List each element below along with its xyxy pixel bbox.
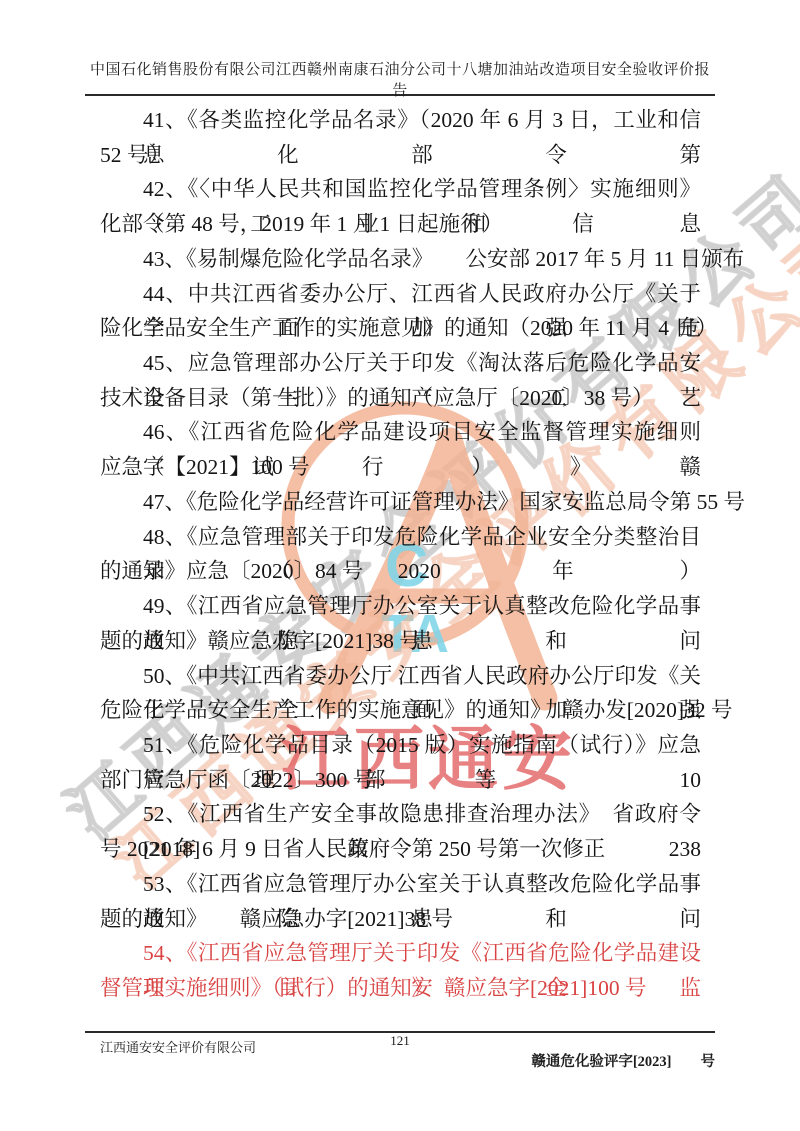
body-line: 49、《江西省应急管理厅办公室关于认真整改危险化学品事故隐患和问 [100, 589, 701, 624]
page-header: 中国石化销售股份有限公司江西赣州南康石油分公司十八塘加油站改造项目安全验收评价报… [85, 58, 715, 96]
body-line: 43、《易制爆危险化学品名录》 公安部 2017 年 5 月 11 日颁布 [100, 242, 701, 277]
body-line: 42、《〈中华人民共和国监控化学品管理条例〉实施细则》（工业和信息 [100, 172, 701, 207]
body-line: 技术设备目录（第一批）》的通知（应急厅〔2020〕38 号） [100, 381, 701, 416]
body-line: 督管理实施细则》（试行）的通知》 赣应急字[2021]100 号 [100, 971, 701, 1006]
body-line: 45、应急管理部办公厅关于印发《淘汰落后危险化学品安全生产工艺 [100, 346, 701, 381]
report-title: 中国石化销售股份有限公司江西赣州南康石油分公司十八塘加油站改造项目安全验收评价报… [90, 62, 710, 99]
body-line: 41、《各类监控化学品名录》（2020 年 6 月 3 日，工业和信息化部令第 [100, 103, 701, 138]
body-line: 54、《江西省应急管理厅关于印发《江西省危险化学品建设项目安全监 [100, 936, 701, 971]
body-line: 危险化学品安全生产工作的实施意见》的通知》 赣办发[2020]32 号 [100, 693, 701, 728]
body-lines: 41、《各类监控化学品名录》（2020 年 6 月 3 日，工业和信息化部令第5… [100, 103, 701, 1006]
body-line: 46、《江西省危险化学品建设项目安全监督管理实施细则（试行）》赣 [100, 415, 701, 450]
body-line: 48、《应急管理部关于印发危险化学品企业安全分类整治目录（2020 年） [100, 520, 701, 555]
document-page: 江西通安安全评价有限公司 C TA 江西通安安全评价有限公司 江西通安 中国石化… [0, 0, 800, 1131]
footer-document-number: 赣通危化验评字[2023] 号 [315, 1050, 715, 1071]
body-line: 50、《中共江西省委办公厅 江西省人民政府办公厅印发《关于全面加强 [100, 659, 701, 694]
body-line: 51、《危险化学品目录（2015 版）实施指南（试行）》应急管理部等 10 [100, 728, 701, 763]
body-line: 47、《危险化学品经营许可证管理办法》国家安监总局令第 55 号 [100, 485, 701, 520]
body-line: 险化学品安全生产工作的实施意见》的通知（2020 年 11 月 4 日） [100, 311, 701, 346]
footer-page-number: 121 [85, 1033, 715, 1049]
body-line: 44、中共江西省委办公厅、江西省人民政府办公厅《关于全面加强危 [100, 277, 701, 312]
body-line: 52、《江西省生产安全事故隐患排查治理办法》 省政府令[2018]第 238 [100, 797, 701, 832]
body-line: 53、《江西省应急管理厅办公室关于认真整改危险化学品事故隐患和问 [100, 867, 701, 902]
